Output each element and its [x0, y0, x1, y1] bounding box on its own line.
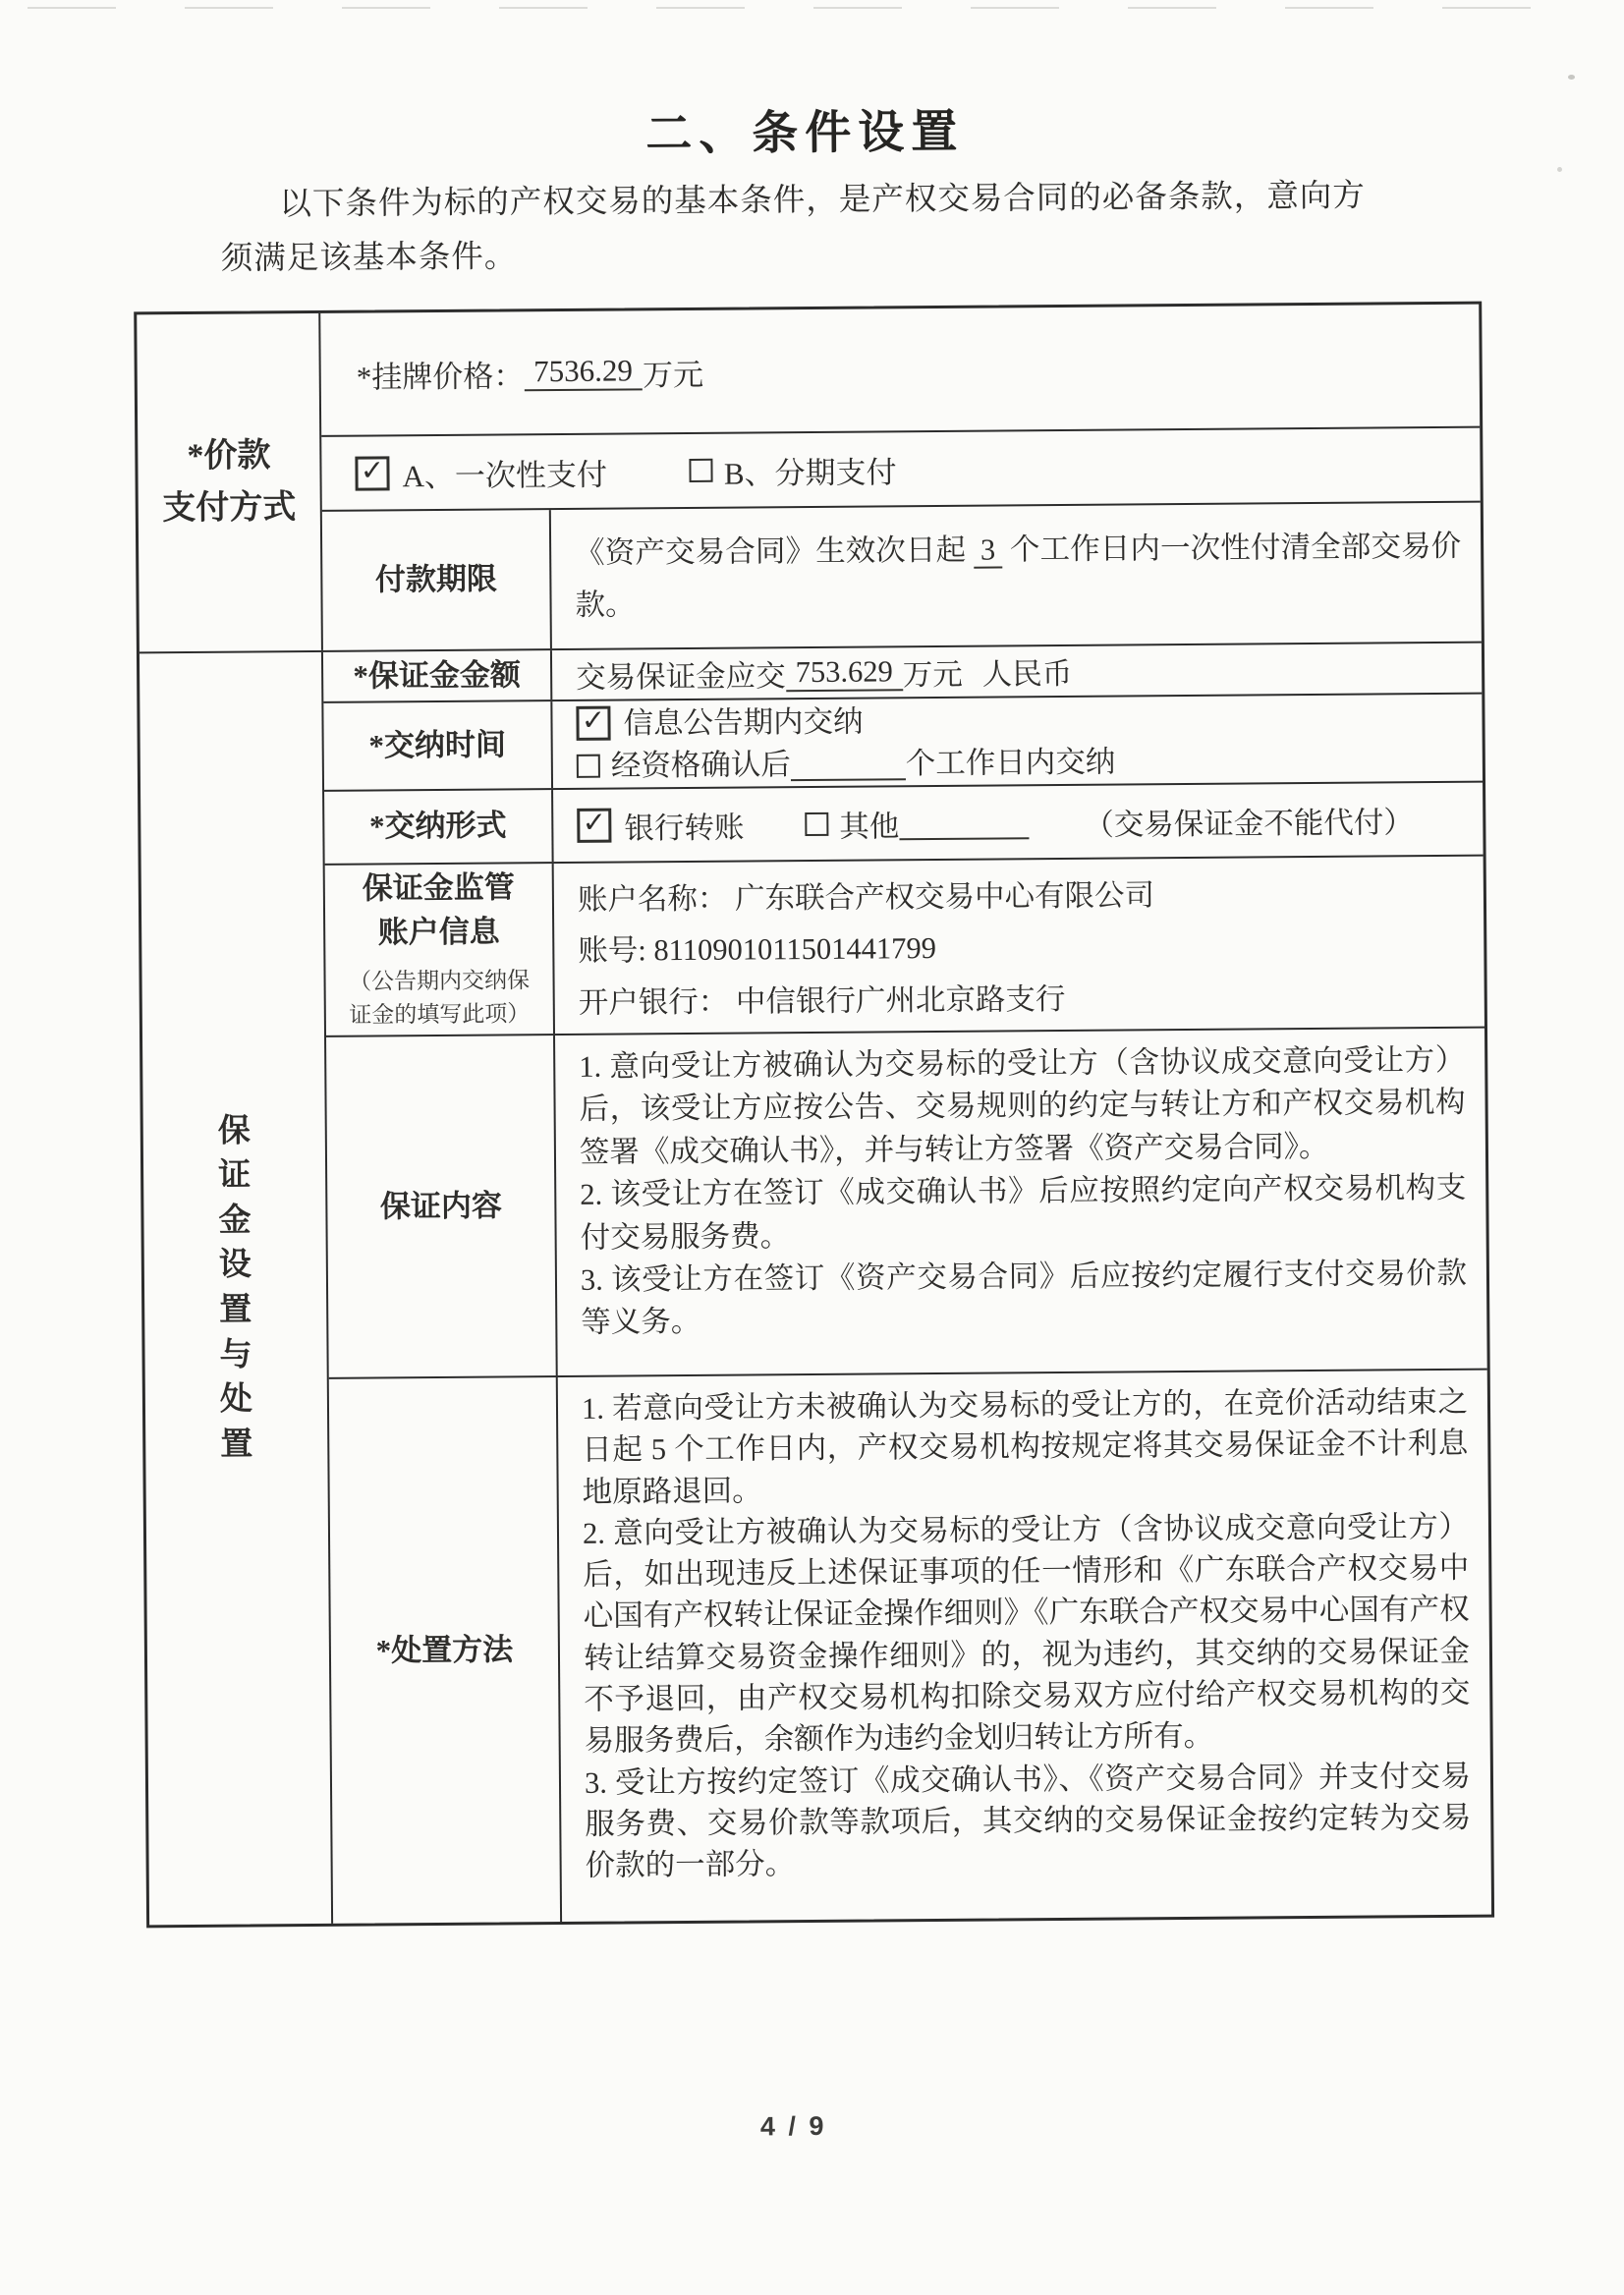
listing-price-label: *挂牌价格：	[357, 351, 525, 396]
pay-time-option1-label: 信息公告期内交纳	[623, 701, 863, 743]
checkbox-checked-icon: ✓	[576, 706, 610, 741]
pay-time-content: ✓ 信息公告期内交纳 经资格确认后 个工作日内交纳	[552, 695, 1483, 788]
checkbox-checked-icon: ✓	[355, 456, 389, 490]
blank-underline	[899, 806, 1029, 840]
deposit-amount-label: *保证金金额	[323, 650, 552, 701]
pay-form-content: ✓ 银行转账 其他 （交易保证金不能代付）	[553, 783, 1484, 862]
conditions-form-table: *价款 支付方式 *挂牌价格： 7536.29 万元 ✓ A、一次性支付	[134, 302, 1494, 1929]
account-name-value: 广东联合产权交易中心有限公司	[735, 878, 1154, 915]
payment-deadline-row: 付款期限 《资产交易合同》生效次日起 3 个工作日内一次性付清全部交易价款。	[322, 501, 1482, 650]
disposal-content: 1. 若意向受让方未被确认为交易标的受让方的，在竞价活动结束之日起 5 个工作日…	[558, 1371, 1491, 1922]
account-label-note: （公告期内交纳保证金的填写此项）	[343, 964, 536, 1034]
section-deposit: 保证金设置与处置 *保证金金额 交易保证金应交 753.629 万元 人民币 *…	[140, 642, 1491, 1926]
checkbox-unchecked-icon	[805, 812, 828, 835]
payment-method-header-line2: 支付方式	[162, 482, 296, 535]
account-bank-label: 开户银行：	[579, 984, 729, 1019]
payment-option-a-label: A、一次性支付	[402, 449, 607, 495]
deposit-amount-value: 753.629	[785, 654, 902, 692]
deadline-days-value: 3	[974, 532, 1003, 568]
pay-form-option2-label: 其他	[839, 802, 899, 845]
guarantee-item: 3. 该受让方在签订《资产交易合同》后应按约定履行支付交易价款等义务。	[581, 1253, 1468, 1345]
account-number-label: 账号:	[578, 934, 646, 969]
row-header-deposit: 保证金设置与处置	[140, 652, 333, 1925]
pay-form-option1-label: 银行转账	[624, 803, 744, 847]
checkbox-checked-icon: ✓	[577, 809, 611, 843]
checkbox-unchecked-icon	[690, 459, 713, 482]
pay-time-label: *交纳时间	[323, 701, 553, 790]
intro-paragraph: 以下条件为标的产权交易的基本条件，是产权交易合同的必备条款，意向方须满足该基本条…	[220, 169, 1398, 286]
guarantee-item: 1. 意向受让方被确认为交易标的受让方（含协议成交意向受让方）后，该受让方应按公…	[579, 1039, 1466, 1174]
deposit-header-vertical: 保证金设置与处置	[216, 1109, 255, 1468]
blank-underline	[791, 747, 906, 781]
pay-time-option2-after: 个工作日内交纳	[906, 742, 1116, 783]
deposit-pay-time-row: *交纳时间 ✓ 信息公告期内交纳 经资格确认后 个工作日内交纳	[323, 693, 1483, 790]
payment-deadline-content: 《资产交易合同》生效次日起 3 个工作日内一次性付清全部交易价款。	[551, 503, 1482, 648]
deposit-amount-row: *保证金金额 交易保证金应交 753.629 万元 人民币	[323, 644, 1482, 701]
guarantee-label: 保证内容	[326, 1036, 558, 1377]
section-price-payment: *价款 支付方式 *挂牌价格： 7536.29 万元 ✓ A、一次性支付	[137, 305, 1482, 652]
account-content: 账户名称： 广东联合产权交易中心有限公司 账号: 811090101150144…	[554, 857, 1484, 1034]
pay-time-option2-before: 经资格确认后	[611, 745, 791, 785]
disposal-item: 2. 意向受让方被确认为交易标的受让方（含协议成交意向受让方）后，如出现违反上述…	[583, 1506, 1471, 1763]
page-title: 二、条件设置	[0, 90, 1617, 169]
payment-option-b-label: B、分期支付	[724, 447, 897, 492]
checkbox-unchecked-icon	[577, 754, 600, 777]
deposit-amount-content: 交易保证金应交 753.629 万元 人民币	[552, 644, 1482, 700]
listing-price-row: *挂牌价格： 7536.29 万元	[320, 305, 1480, 435]
page-number: 4 / 9	[34, 2105, 1553, 2148]
listing-price-value: 7536.29	[524, 353, 643, 391]
account-name-label: 账户名称：	[578, 882, 728, 917]
disposal-item: 1. 若意向受让方未被确认为交易标的受让方的，在竞价活动结束之日起 5 个工作日…	[582, 1381, 1469, 1513]
disposal-item: 3. 受让方按约定签订《成交确认书》、《资产交易合同》并支付交易服务费、交易价款…	[585, 1755, 1472, 1886]
listing-price-unit: 万元	[643, 349, 703, 393]
account-bank-value: 中信银行广州北京路支行	[736, 982, 1066, 1019]
row-header-payment-method: *价款 支付方式	[137, 313, 323, 651]
deposit-pay-form-row: *交纳形式 ✓ 银行转账 其他 （交易保证金不能代付）	[324, 781, 1484, 864]
guarantee-content: 1. 意向受让方被确认为交易标的受让方（含协议成交意向受让方）后，该受让方应按公…	[555, 1029, 1487, 1375]
guarantee-item: 2. 该受让方在签订《成交确认书》后应按照约定向产权交易机构支付交易服务费。	[580, 1167, 1467, 1259]
pay-form-note: （交易保证金不能代付）	[1084, 798, 1414, 844]
scanned-document-page: 二、条件设置 以下条件为标的产权交易的基本条件，是产权交易合同的必备条款，意向方…	[0, 0, 1624, 2295]
deposit-account-row: 保证金监管 账户信息 （公告期内交纳保证金的填写此项） 账户名称： 广东联合产权…	[325, 855, 1484, 1036]
account-label: 保证金监管 账户信息 （公告期内交纳保证金的填写此项）	[325, 864, 555, 1036]
payment-deadline-label: 付款期限	[322, 510, 552, 650]
disposal-method-row: *处置方法 1. 若意向受让方未被确认为交易标的受让方的，在竞价活动结束之日起 …	[329, 1369, 1491, 1924]
disposal-label: *处置方法	[329, 1377, 562, 1924]
pay-form-label: *交纳形式	[324, 790, 554, 864]
guarantee-content-row: 保证内容 1. 意向受让方被确认为交易标的受让方（含协议成交意向受让方）后，该受…	[326, 1027, 1487, 1377]
payment-method-header-line1: *价款	[187, 430, 270, 482]
document-sheet: 二、条件设置 以下条件为标的产权交易的基本条件，是产权交易合同的必备条款，意向方…	[0, 0, 1624, 2295]
payment-options-row: ✓ A、一次性支付 B、分期支付	[321, 426, 1481, 510]
account-number-value: 8110901011501441799	[653, 931, 936, 967]
